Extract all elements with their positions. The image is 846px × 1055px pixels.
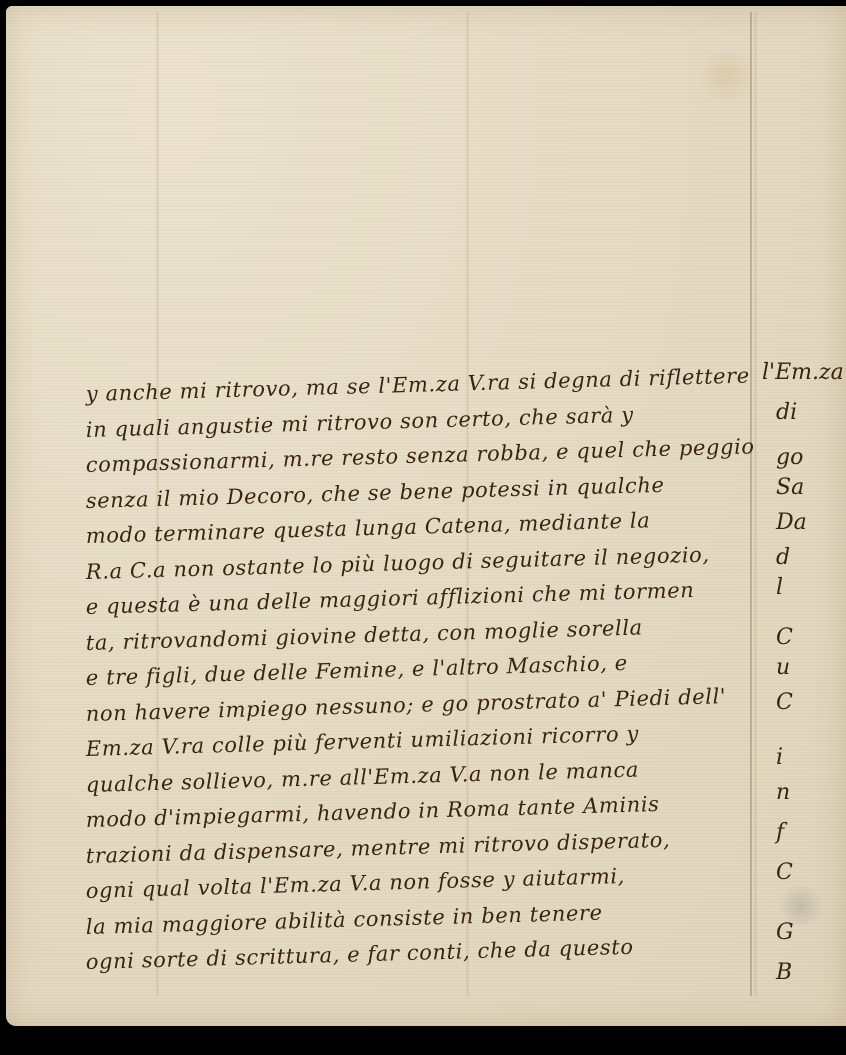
facing-page-fragment: l'Em.za	[762, 360, 844, 385]
facing-page-fragment: f	[776, 820, 784, 845]
facing-page-fragment: l	[776, 575, 783, 600]
facing-page-fragment: d	[776, 545, 790, 570]
facing-page-fragment: C	[776, 860, 793, 885]
facing-page-fragment: C	[776, 690, 793, 715]
page-edge	[750, 12, 752, 996]
facing-page-fragment: u	[776, 655, 790, 680]
facing-page-fragment: G	[776, 920, 794, 945]
facing-page-fragment: i	[776, 745, 783, 770]
facing-page-fragment: go	[776, 445, 803, 470]
facing-page-fragment: di	[776, 400, 797, 425]
paper-stain	[696, 46, 756, 106]
paper-fold-line	[754, 12, 757, 996]
facing-page-fragment: n	[776, 780, 790, 805]
handwritten-text-block: y anche mi ritrovo, ma se l'Em.za V.ra s…	[86, 382, 746, 986]
facing-page-fragment: Da	[776, 510, 807, 535]
facing-page-fragment: B	[776, 960, 792, 985]
facing-page-fragment: Sa	[776, 475, 804, 500]
facing-page-fragment: C	[776, 625, 793, 650]
